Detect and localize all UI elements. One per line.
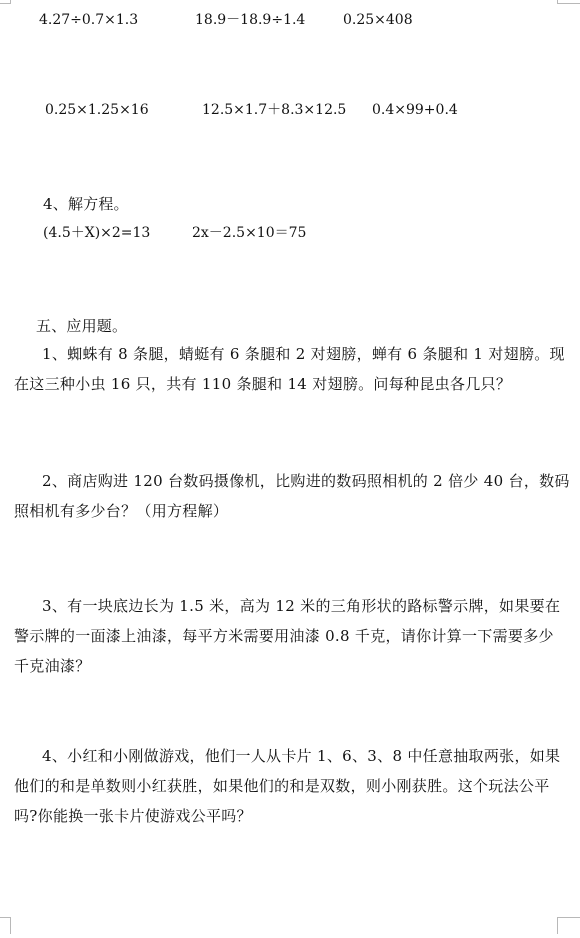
problem-text: 他们的和是单数则小红获胜，如果他们的和是双数，则小刚获胜。这个玩法公平	[14, 777, 550, 795]
equations-heading: 4、解方程。	[43, 196, 129, 212]
calc-expression: 12.5×1.7＋8.3×12.5	[202, 102, 346, 118]
calc-expression: 0.25×1.25×16	[45, 102, 149, 118]
problem-text: 警示牌的一面漆上油漆，每平方米需要用油漆 0.8 千克，请你计算一下需要多少	[14, 627, 554, 645]
problem-text: 3、有一块底边长为 1.5 米，高为 12 米的三角形状的路标警示牌，如果要在	[42, 597, 560, 615]
document-page: 4.27÷0.7×1.3 18.9－18.9÷1.4 0.25×408 0.25…	[0, 0, 580, 938]
calc-expression: 18.9－18.9÷1.4	[195, 12, 305, 28]
problem-text: 吗?你能换一张卡片使游戏公平吗？	[14, 807, 252, 825]
problem-text: 4、小红和小刚做游戏，他们一人从卡片 1、6、3、8 中任意抽取两张，如果	[42, 747, 560, 765]
page-corner-mark-bottom-left	[0, 917, 11, 934]
problem-text: 在这三种小虫 16 只，共有 110 条腿和 14 对翅膀。问每种昆虫各几只？	[14, 375, 511, 393]
calc-expression: 4.27÷0.7×1.3	[39, 12, 138, 28]
problem-text: 2、商店购进 120 台数码摄像机，比购进的数码照相机的 2 倍少 40 台，数…	[42, 472, 570, 490]
page-corner-mark-top-right	[557, 0, 580, 4]
problem-text: 照相机有多少台？（用方程解）	[14, 502, 228, 520]
problem-3: 3、有一块底边长为 1.5 米，高为 12 米的三角形状的路标警示牌，如果要在 …	[14, 591, 570, 681]
section-heading: 五、应用题。	[36, 318, 127, 334]
problem-2: 2、商店购进 120 台数码摄像机，比购进的数码照相机的 2 倍少 40 台，数…	[14, 466, 570, 526]
equation: 2x－2.5×10＝75	[192, 225, 306, 241]
page-corner-mark-top-left	[0, 0, 11, 4]
problem-1: 1、蜘蛛有 8 条腿，蜻蜓有 6 条腿和 2 对翅膀，蝉有 6 条腿和 1 对翅…	[14, 339, 570, 399]
problem-text: 千克油漆？	[14, 657, 91, 675]
page-corner-mark-bottom-right	[557, 917, 580, 934]
problem-text: 1、蜘蛛有 8 条腿，蜻蜓有 6 条腿和 2 对翅膀，蝉有 6 条腿和 1 对翅…	[42, 345, 565, 363]
problem-4: 4、小红和小刚做游戏，他们一人从卡片 1、6、3、8 中任意抽取两张，如果 他们…	[14, 741, 570, 831]
calc-expression: 0.25×408	[343, 12, 413, 28]
calc-expression: 0.4×99+0.4	[372, 102, 458, 118]
equation: (4.5＋X)×2=13	[43, 225, 150, 241]
